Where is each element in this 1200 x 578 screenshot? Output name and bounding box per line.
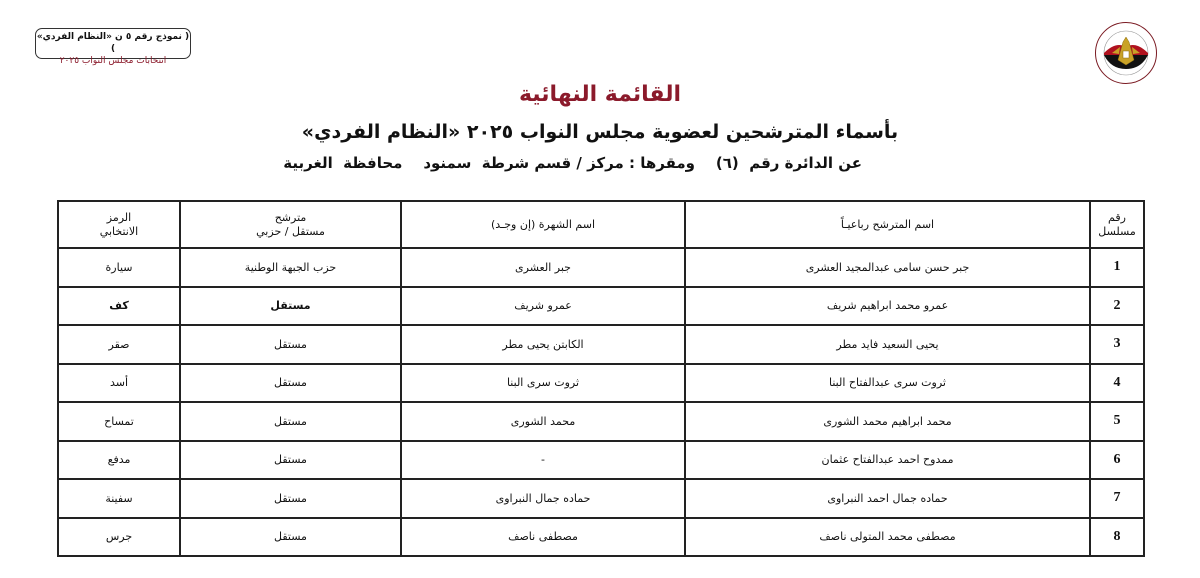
cell-known-as: محمد الشورى [401,402,685,441]
serial-header-line2: مسلسل [1095,225,1139,239]
cell-symbol: مدفع [58,441,180,480]
cell-candidate-type: مستقل [180,479,401,518]
cell-symbol: أسد [58,364,180,403]
eagle-emblem-icon [1096,23,1156,83]
cell-full-name: عمرو محمد ابراهيم شريف [685,287,1090,326]
cell-full-name: محمد ابراهيم محمد الشورى [685,402,1090,441]
cell-symbol: سفينة [58,479,180,518]
cell-symbol: جرس [58,518,180,557]
cell-full-name: ثروت سرى عبدالفتاح البنا [685,364,1090,403]
cell-known-as: مصطفى ناصف [401,518,685,557]
cell-candidate-type: مستقل [180,287,401,326]
cell-symbol: صقر [58,325,180,364]
cell-serial: 8 [1090,518,1144,557]
cell-serial: 7 [1090,479,1144,518]
cell-known-as: الكابتن يحيى مطر [401,325,685,364]
table-row: 3 يحيى السعيد فايد مطر الكابتن يحيى مطر … [58,325,1144,364]
table-row: 8 مصطفى محمد المتولى ناصف مصطفى ناصف مست… [58,518,1144,557]
cell-candidate-type: مستقل [180,325,401,364]
column-header-known-as: اسم الشهرة (إن وجـد) [401,201,685,248]
cell-candidate-type: مستقل [180,402,401,441]
cell-full-name: جبر حسن سامى عبدالمجيد العشرى [685,248,1090,287]
form-number-badge: ( نموذج رقم ٥ ن «النظام الفردي» ) انتخاب… [35,28,191,59]
symbol-header-line1: الرمز [63,211,175,225]
table-header-row: رقم مسلسل اسم المترشح رباعيـاً اسم الشهر… [58,201,1144,248]
cell-serial: 5 [1090,402,1144,441]
national-election-authority-logo [1095,22,1157,84]
table-row: 2 عمرو محمد ابراهيم شريف عمرو شريف مستقل… [58,287,1144,326]
cell-serial: 1 [1090,248,1144,287]
page-subtitle: بأسماء المترشحين لعضوية مجلس النواب ٢٠٢٥… [0,118,1200,146]
cell-serial: 4 [1090,364,1144,403]
type-header-line2: مستقل / حزبي [185,225,396,239]
column-header-candidate-type: مترشح مستقل / حزبي [180,201,401,248]
symbol-header-line2: الانتخابي [63,225,175,239]
candidates-table: رقم مسلسل اسم المترشح رباعيـاً اسم الشهر… [57,200,1145,557]
election-label: انتخابات مجلس النواب ٢٠٢٥ [36,55,190,67]
cell-candidate-type: حزب الجبهة الوطنية [180,248,401,287]
cell-full-name: ممدوح احمد عبدالفتاح عثمان [685,441,1090,480]
cell-serial: 6 [1090,441,1144,480]
column-header-full-name: اسم المترشح رباعيـاً [685,201,1090,248]
table-row: 5 محمد ابراهيم محمد الشورى محمد الشورى م… [58,402,1144,441]
page-title: القائمة النهائية [0,80,1200,110]
cell-serial: 2 [1090,287,1144,326]
column-header-symbol: الرمز الانتخابي [58,201,180,248]
cell-known-as: جبر العشرى [401,248,685,287]
cell-serial: 3 [1090,325,1144,364]
cell-symbol: سيارة [58,248,180,287]
form-number-label: ( نموذج رقم ٥ ن «النظام الفردي» ) [36,31,190,55]
cell-known-as: ثروت سرى البنا [401,364,685,403]
cell-known-as: عمرو شريف [401,287,685,326]
cell-candidate-type: مستقل [180,441,401,480]
cell-symbol: تمساح [58,402,180,441]
table-row: 6 ممدوح احمد عبدالفتاح عثمان - مستقل مدف… [58,441,1144,480]
cell-known-as: - [401,441,685,480]
district-info: عن الدائرة رقم (٦) ومقرها : مركز / قسم ش… [283,152,862,174]
table-row: 1 جبر حسن سامى عبدالمجيد العشرى جبر العش… [58,248,1144,287]
type-header-line1: مترشح [185,211,396,225]
cell-full-name: يحيى السعيد فايد مطر [685,325,1090,364]
cell-symbol: كف [58,287,180,326]
serial-header-line1: رقم [1095,211,1139,225]
cell-known-as: حماده جمال النبراوى [401,479,685,518]
cell-full-name: مصطفى محمد المتولى ناصف [685,518,1090,557]
cell-full-name: حماده جمال احمد النبراوى [685,479,1090,518]
cell-candidate-type: مستقل [180,518,401,557]
table-row: 7 حماده جمال احمد النبراوى حماده جمال ال… [58,479,1144,518]
cell-candidate-type: مستقل [180,364,401,403]
column-header-serial: رقم مسلسل [1090,201,1144,248]
table-row: 4 ثروت سرى عبدالفتاح البنا ثروت سرى البن… [58,364,1144,403]
